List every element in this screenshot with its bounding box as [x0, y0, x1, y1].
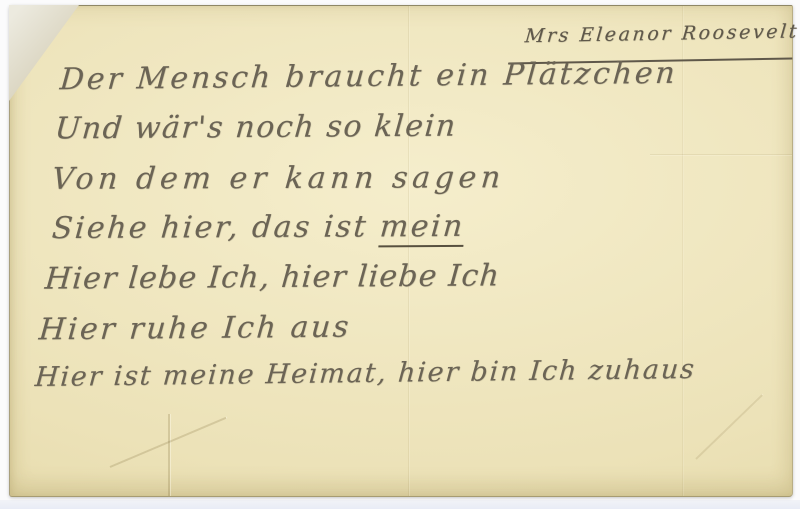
- poem-line-5: Hier lebe Ich, hier liebe Ich: [45, 258, 500, 296]
- poem-line-4-underlined-word: mein: [378, 209, 466, 247]
- fold-crease-diagonal: [695, 394, 763, 459]
- poem-line-7: Hier ist meine Heimat, hier bin Ich zuha…: [35, 354, 696, 393]
- poem-line-text: Hier lebe Ich, hier liebe Ich: [44, 258, 502, 296]
- poem-line-text: Hier ruhe Ich aus: [38, 310, 353, 348]
- poem-line-text: Siehe hier, das ist mein: [51, 209, 466, 246]
- annotation-tick-mark: [516, 18, 519, 59]
- scanned-document: Mrs Eleanor Roosevelt Der Mensch braucht…: [0, 0, 800, 509]
- poem-line-4: Siehe hier, das ist mein: [52, 209, 465, 246]
- poem-line-1: Der Mensch braucht ein Plätzchen: [60, 56, 678, 97]
- poem-line-text: Der Mensch braucht ein Plätzchen: [59, 56, 679, 97]
- fold-crease-vertical: [682, 6, 683, 496]
- poem-line-text: Hier ist meine Heimat, hier bin Ich zuha…: [34, 354, 697, 393]
- poem-line-2: Und wär's noch so klein: [55, 109, 457, 147]
- poem-line-text: Von dem er kann sagen: [51, 160, 507, 197]
- handwritten-note-paper: Mrs Eleanor Roosevelt Der Mensch braucht…: [9, 5, 793, 497]
- poem-line-6: Hier ruhe Ich aus: [39, 310, 351, 348]
- poem-line-3: Von dem er kann sagen: [52, 160, 505, 197]
- fold-crease-horizontal: [650, 154, 792, 155]
- annotation-text: Mrs Eleanor Roosevelt: [524, 20, 800, 47]
- fold-crease-vertical: [168, 414, 170, 496]
- scanner-background-strip: [0, 500, 800, 509]
- poem-line-text: Und wär's noch so klein: [54, 109, 459, 147]
- poem-line-4-prefix: Siehe hier, das ist: [51, 209, 382, 246]
